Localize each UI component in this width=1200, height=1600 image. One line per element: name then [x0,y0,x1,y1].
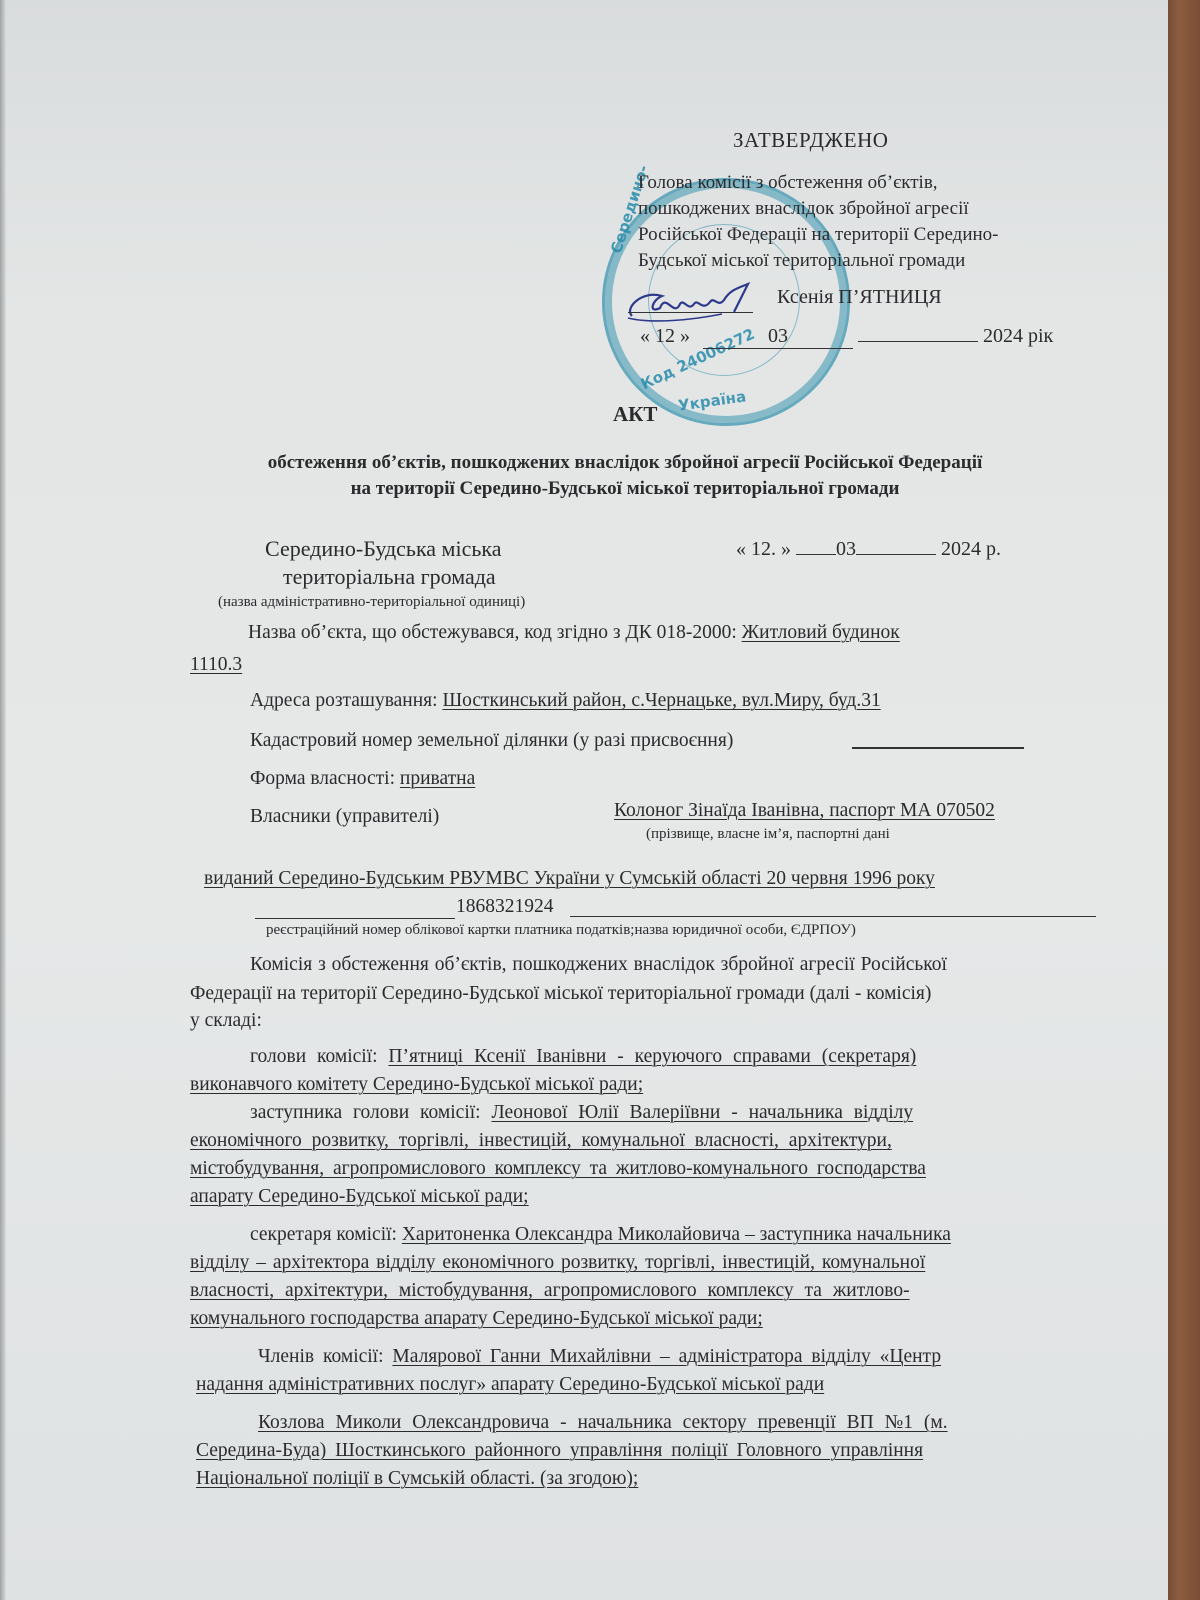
object-field: Назва об’єкта, що обстежувався, код згід… [248,622,900,644]
commission-intro-line-1: Комісія з обстеження об’єктів, пошкоджен… [250,954,947,976]
commission-secretary: секретаря комісії: Харитоненка Олександр… [250,1224,951,1246]
act-date-month: 03 [836,538,856,560]
address-value: Шосткинський район, с.Чернацьке, вул.Мир… [442,690,880,711]
secretary-value-line-4: комунального господарства апарату Середи… [190,1308,763,1330]
community-name-line-1: Середино-Будська міська [265,536,502,562]
members-label: Членів комісії: [258,1346,384,1367]
object-label: Назва об’єкта, що обстежувався, код згід… [248,622,737,643]
document-subtitle-line-1: обстеження об’єктів, пошкоджених внаслід… [0,452,1200,474]
act-date-fill-2 [856,554,936,555]
deputy-value-line-3: містобудування, агропромислового комплек… [190,1158,926,1180]
address-label: Адреса розташування: [250,690,438,711]
ownership-value: приватна [400,768,475,789]
head-value-line-1: П’ятниці Ксенії Іванівни - керуючого спр… [388,1046,916,1067]
approver-position-line-2: пошкоджених внаслідок збройної агресії [638,198,969,220]
deputy-value-line-4: апарату Середино-Будської міської ради; [190,1186,529,1208]
commission-intro-line-2: Федерації на території Середино-Будської… [190,983,931,1005]
commission-intro-line-3: у складі: [190,1010,262,1032]
approval-date-month: 03 [703,325,853,349]
document-title: АКТ [613,402,657,427]
tax-number: 1868321924 [456,896,554,918]
ownership-field: Форма власності: приватна [250,768,475,790]
ownership-label: Форма власності: [250,768,395,789]
signature-line [628,312,753,313]
table-surface [1164,0,1200,1600]
commission-members: Членів комісії: Малярової Ганни Михайлів… [258,1346,941,1368]
member-2-line-1: Козлова Миколи Олександровича - начальни… [258,1412,948,1434]
address-field: Адреса розташування: Шосткинський район,… [250,690,881,712]
head-of-commission: голови комісії: П’ятниці Ксенії Іванівни… [250,1046,916,1068]
member-2-line-3: Національної поліції в Сумській області.… [196,1468,638,1490]
approver-position-line-3: Російської Федерації на території Середи… [638,224,999,246]
deputy-value-line-2: економічного розвитку, торгівлі, інвести… [190,1130,892,1152]
page-edge-shadow [0,0,6,1600]
approval-date: « 12 » 03 2024 рік [640,325,1053,349]
object-code: 1110.3 [190,654,242,676]
member-2-line-2: Середина-Буда) Шосткинського районного у… [196,1440,923,1462]
signer-name: Ксенія П’ЯТНИЦЯ [777,286,942,309]
owners-value: Колоног Зінаїда Іванівна, паспорт МА 070… [614,800,995,822]
signature-icon [622,278,762,326]
approval-date-fill [858,341,978,342]
approval-month-value: 03 [768,325,788,347]
member-1-line-2: надання адміністративних послуг» апарату… [196,1374,824,1396]
act-date-year: 2024 р. [941,538,1001,560]
owners-caption: (прізвище, власне ім’я, паспортні дані [646,826,890,843]
secretary-label: секретаря комісії: [250,1224,397,1245]
document-page: Середино- Код 24006272 Україна ЗАТВЕРДЖЕ… [0,0,1168,1600]
secretary-value-line-2: відділу – архітектора відділу економічно… [190,1252,925,1274]
community-caption: (назва адміністративно-територіальної од… [218,594,525,611]
passport-issued-value: виданий Середино-Будським РВУМВС України… [204,868,935,890]
member-1-line-1: Малярової Ганни Михайлівни – адміністрат… [392,1346,941,1367]
document-subtitle-line-2: на території Середино-Будської міської т… [0,478,1200,500]
head-value-line-2: виконавчого комітету Середино-Будської м… [190,1074,643,1096]
deputy-head: заступника голови комісії: Леонової Юлії… [250,1102,913,1124]
deputy-label: заступника голови комісії: [250,1102,481,1123]
deputy-value-line-1: Леонової Юлії Валеріївни - начальника ві… [491,1102,913,1123]
tax-line-right [570,916,1096,917]
cadastral-blank-line [852,747,1024,749]
approver-position-line-1: Голова комісії з обстеження об’єктів, [638,172,938,194]
tax-line-left [255,918,455,919]
object-value: Житловий будинок [742,622,900,643]
approval-date-year: 2024 рік [983,325,1053,347]
secretary-value-line-1: Харитоненка Олександра Миколайовича – за… [402,1224,951,1245]
tax-caption: реєстраційний номер облікової картки пла… [266,922,856,939]
approved-heading: ЗАТВЕРДЖЕНО [733,128,888,153]
head-label: голови комісії: [250,1046,378,1067]
approval-date-day: « 12 » [640,325,690,347]
act-date-day: « 12. » [736,538,791,560]
act-date-fill-1 [796,554,836,555]
cadastral-label: Кадастровий номер земельної ділянки (у р… [250,730,733,752]
approver-position-line-4: Будської міської територіальної громади [638,250,965,272]
secretary-value-line-3: власності, архітектури, містобудування, … [190,1280,910,1302]
community-name-line-2: територіальна громада [283,564,496,590]
act-date: « 12. » 03 2024 р. [736,538,1001,561]
owners-label: Власники (управителі) [250,806,439,828]
